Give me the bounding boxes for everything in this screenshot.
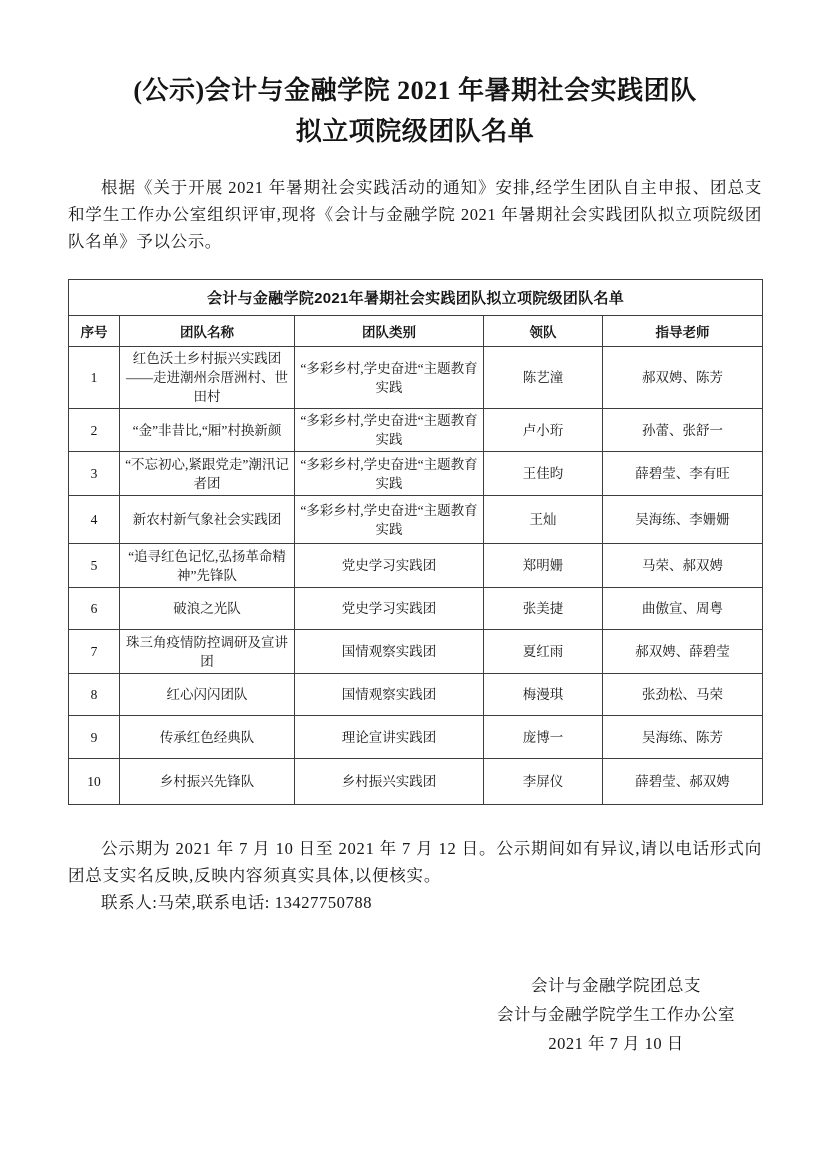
- table-row: 7 珠三角疫情防控调研及宣讲团 国情观察实践团 夏红雨 郝双娉、薛碧莹: [69, 630, 763, 674]
- cell-advisor: 马荣、郝双娉: [603, 544, 763, 588]
- cell-team-category: 国情观察实践团: [295, 630, 484, 674]
- cell-leader: 卢小珩: [484, 409, 603, 452]
- cell-team-name: “金”非昔比,“厢”村换新颜: [120, 409, 295, 452]
- cell-team-name: 珠三角疫情防控调研及宣讲团: [120, 630, 295, 674]
- cell-team-name: “不忘初心,紧跟党走”潮汛记者团: [120, 452, 295, 496]
- cell-leader: 王灿: [484, 496, 603, 544]
- cell-team-category: 国情观察实践团: [295, 674, 484, 716]
- cell-advisor: 薛碧莹、郝双娉: [603, 759, 763, 805]
- page-title-line-1: (公示)会计与金融学院 2021 年暑期社会实践团队: [68, 70, 762, 111]
- column-header-team-category: 团队类别: [295, 316, 484, 347]
- table-row: 5 “追寻红色记忆,弘扬革命精神”先锋队 党史学习实践团 郑明姗 马荣、郝双娉: [69, 544, 763, 588]
- cell-team-category: “多彩乡村,学史奋进“主题教育实践: [295, 409, 484, 452]
- cell-team-category: “多彩乡村,学史奋进“主题教育实践: [295, 347, 484, 409]
- page-title-line-2: 拟立项院级团队名单: [68, 111, 762, 152]
- cell-index: 5: [69, 544, 120, 588]
- cell-team-category: 党史学习实践团: [295, 588, 484, 630]
- cell-leader: 张美捷: [484, 588, 603, 630]
- cell-advisor: 吴海练、陈芳: [603, 716, 763, 759]
- cell-team-name: “追寻红色记忆,弘扬革命精神”先锋队: [120, 544, 295, 588]
- signature-org-1: 会计与金融学院团总支: [470, 971, 762, 1000]
- cell-index: 1: [69, 347, 120, 409]
- cell-index: 8: [69, 674, 120, 716]
- cell-index: 6: [69, 588, 120, 630]
- cell-leader: 王佳昀: [484, 452, 603, 496]
- cell-leader: 夏红雨: [484, 630, 603, 674]
- column-header-index: 序号: [69, 316, 120, 347]
- notice-paragraph: 公示期为 2021 年 7 月 10 日至 2021 年 7 月 12 日。公示…: [68, 835, 762, 889]
- cell-team-name: 红色沃土乡村振兴实践团——走进潮州佘厝洲村、世田村: [120, 347, 295, 409]
- cell-team-category: 理论宣讲实践团: [295, 716, 484, 759]
- cell-leader: 梅漫琪: [484, 674, 603, 716]
- intro-paragraph: 根据《关于开展 2021 年暑期社会实践活动的通知》安排,经学生团队自主申报、团…: [68, 174, 762, 255]
- column-header-advisor: 指导老师: [603, 316, 763, 347]
- cell-advisor: 郝双娉、陈芳: [603, 347, 763, 409]
- cell-advisor: 薛碧莹、李有旺: [603, 452, 763, 496]
- cell-team-name: 红心闪闪团队: [120, 674, 295, 716]
- cell-team-category: 乡村振兴实践团: [295, 759, 484, 805]
- document-page: (公示)会计与金融学院 2021 年暑期社会实践团队 拟立项院级团队名单 根据《…: [0, 0, 827, 1169]
- roster-table: 会计与金融学院2021年暑期社会实践团队拟立项院级团队名单 序号 团队名称 团队…: [68, 279, 763, 805]
- document-content: (公示)会计与金融学院 2021 年暑期社会实践团队 拟立项院级团队名单 根据《…: [0, 0, 827, 1058]
- cell-leader: 陈艺潼: [484, 347, 603, 409]
- cell-advisor: 吴海练、李姗姗: [603, 496, 763, 544]
- cell-team-name: 传承红色经典队: [120, 716, 295, 759]
- cell-advisor: 孙蕾、张舒一: [603, 409, 763, 452]
- cell-index: 9: [69, 716, 120, 759]
- cell-team-category: “多彩乡村,学史奋进“主题教育实践: [295, 496, 484, 544]
- cell-index: 7: [69, 630, 120, 674]
- cell-index: 10: [69, 759, 120, 805]
- signature-date: 2021 年 7 月 10 日: [470, 1029, 762, 1058]
- cell-leader: 郑明姗: [484, 544, 603, 588]
- cell-team-category: 党史学习实践团: [295, 544, 484, 588]
- table-row: 4 新农村新气象社会实践团 “多彩乡村,学史奋进“主题教育实践 王灿 吴海练、李…: [69, 496, 763, 544]
- signature-org-2: 会计与金融学院学生工作办公室: [470, 1000, 762, 1029]
- signature-block: 会计与金融学院团总支 会计与金融学院学生工作办公室 2021 年 7 月 10 …: [470, 971, 762, 1058]
- cell-team-category: “多彩乡村,学史奋进“主题教育实践: [295, 452, 484, 496]
- column-header-team-name: 团队名称: [120, 316, 295, 347]
- cell-team-name: 新农村新气象社会实践团: [120, 496, 295, 544]
- cell-team-name: 破浪之光队: [120, 588, 295, 630]
- cell-team-name: 乡村振兴先锋队: [120, 759, 295, 805]
- cell-leader: 庞博一: [484, 716, 603, 759]
- table-row: 6 破浪之光队 党史学习实践团 张美捷 曲傲宣、周粤: [69, 588, 763, 630]
- page-title: (公示)会计与金融学院 2021 年暑期社会实践团队 拟立项院级团队名单: [68, 70, 762, 152]
- cell-advisor: 郝双娉、薛碧莹: [603, 630, 763, 674]
- cell-leader: 李屏仪: [484, 759, 603, 805]
- table-row: 8 红心闪闪团队 国情观察实践团 梅漫琪 张劲松、马荣: [69, 674, 763, 716]
- cell-advisor: 张劲松、马荣: [603, 674, 763, 716]
- cell-index: 2: [69, 409, 120, 452]
- table-caption: 会计与金融学院2021年暑期社会实践团队拟立项院级团队名单: [69, 280, 763, 316]
- contact-line: 联系人:马荣,联系电话: 13427750788: [68, 889, 762, 916]
- cell-index: 4: [69, 496, 120, 544]
- column-header-leader: 领队: [484, 316, 603, 347]
- table-row: 10 乡村振兴先锋队 乡村振兴实践团 李屏仪 薛碧莹、郝双娉: [69, 759, 763, 805]
- table-row: 9 传承红色经典队 理论宣讲实践团 庞博一 吴海练、陈芳: [69, 716, 763, 759]
- table-caption-row: 会计与金融学院2021年暑期社会实践团队拟立项院级团队名单: [69, 280, 763, 316]
- table-header-row: 序号 团队名称 团队类别 领队 指导老师: [69, 316, 763, 347]
- table-row: 3 “不忘初心,紧跟党走”潮汛记者团 “多彩乡村,学史奋进“主题教育实践 王佳昀…: [69, 452, 763, 496]
- table-row: 2 “金”非昔比,“厢”村换新颜 “多彩乡村,学史奋进“主题教育实践 卢小珩 孙…: [69, 409, 763, 452]
- cell-advisor: 曲傲宣、周粤: [603, 588, 763, 630]
- cell-index: 3: [69, 452, 120, 496]
- table-row: 1 红色沃土乡村振兴实践团——走进潮州佘厝洲村、世田村 “多彩乡村,学史奋进“主…: [69, 347, 763, 409]
